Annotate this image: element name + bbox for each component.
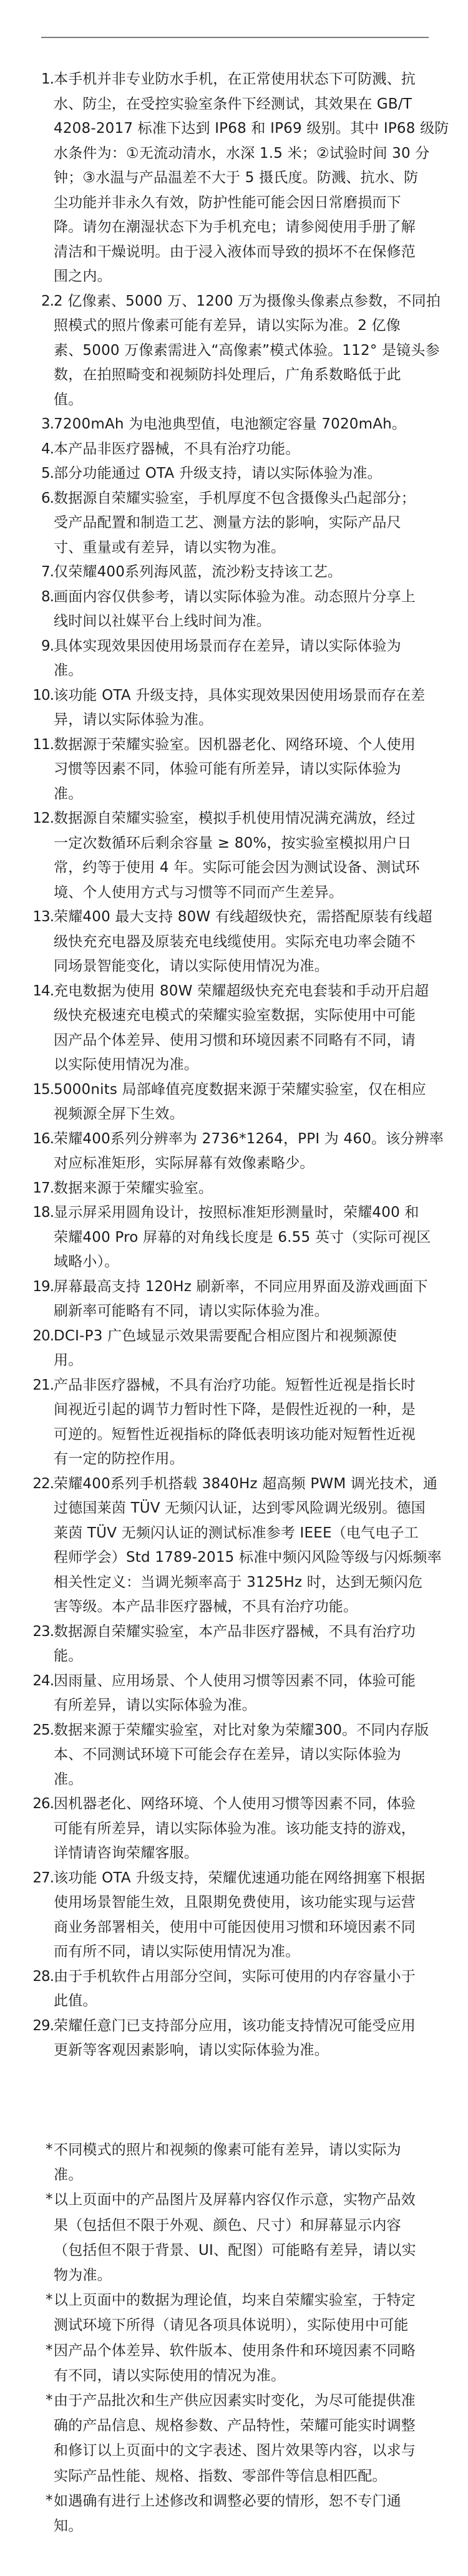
note-item: 13.荣耀400 最大支持 80W 有线超级快充，需搭配原装有线超级快充充电器及… xyxy=(0,905,468,979)
note-text-line: 受产品配置和制造工艺、测量方法的影响，实际产品尺 xyxy=(54,511,441,536)
note-text-line: 屏幕最高支持 120Hz 刷新率，不同应用界面及游戏画面下 xyxy=(54,1275,441,1300)
note-number: 4. xyxy=(41,437,54,462)
note-number: 13. xyxy=(32,905,54,930)
footnote-item: *由于产品批次和生产供应因素实时变化，为尽可能提供准确的产品信息、规格参数、产品… xyxy=(0,2388,468,2489)
note-number: 5. xyxy=(41,462,54,487)
footnote-text-line: 实际产品性能、规格、指数、零部件等信息相匹配。 xyxy=(54,2464,441,2489)
note-item: 24.因雨量、应用场景、个人使用习惯等因素不同，体验可能有所差异，请以实际体验为… xyxy=(0,1669,468,1718)
note-text-line: 更新等客观因素影响，请以实际体验为准。 xyxy=(54,2038,441,2063)
note-text-line: 商业务部署相关，使用中可能因使用习惯和环境因素不同 xyxy=(54,1915,441,1940)
note-number: 14. xyxy=(32,979,54,1004)
note-text-line: 2 亿像素、5000 万、1200 万为摄像头像素点参数，不同拍 xyxy=(54,289,441,314)
note-number: 28. xyxy=(32,1965,54,1990)
note-text-line: 5000nits 局部峰值亮度数据来源于荣耀实验室，仅在相应 xyxy=(54,1078,441,1103)
note-item: 26.因机器老化、网络环境、个人使用习惯等因素不同，体验可能有所差异，请以实际体… xyxy=(0,1792,468,1866)
note-item: 8.画面内容仅供参考，请以实际体验为准。动态照片分享上线时间以社媒平台上线时间为… xyxy=(0,585,468,634)
note-text-line: 荣耀400 Pro 屏幕的对角线长度是 6.55 英寸（实际可视区 xyxy=(54,1226,441,1251)
note-text-line: 程师学会）Std 1789-2015 标准中频闪风险等级与闪烁频率 xyxy=(54,1546,441,1571)
note-item: 19.屏幕最高支持 120Hz 刷新率，不同应用界面及游戏画面下刷新率可能略有不… xyxy=(0,1275,468,1324)
note-text-line: 该功能 OTA 升级支持，荣耀优速通功能在网络拥塞下根据 xyxy=(54,1866,441,1891)
note-text-line: 荣耀400 最大支持 80W 有线超级快充，需搭配原装有线超 xyxy=(54,905,441,930)
note-number: 12. xyxy=(32,806,54,831)
asterisk-icon: * xyxy=(46,2388,53,2413)
top-divider xyxy=(41,37,429,38)
note-text-line: 钟；③水温与产品温差不大于 5 摄氏度。防溅、抗水、防 xyxy=(54,166,441,191)
disclaimer-notes-list: 1.本手机并非专业防水手机，在正常使用状态下可防溅、抗水、防尘，在受控实验室条件… xyxy=(0,67,468,2063)
note-number: 7. xyxy=(41,560,54,585)
footnote-text-line: 如遇确有进行上述修改和调整必要的情形，恕不专门通 xyxy=(54,2489,441,2514)
note-text-line: 详情请咨询荣耀客服。 xyxy=(54,1841,441,1866)
note-number: 8. xyxy=(41,585,54,610)
note-text-line: 尘功能并非永久有效，防护性能可能会因日常磨损而下 xyxy=(54,191,441,216)
note-number: 24. xyxy=(32,1669,54,1694)
note-text-line: 数据源自荣耀实验室，模拟手机使用情况满充满放，经过 xyxy=(54,806,441,831)
footnote-text-line: 准。 xyxy=(54,2162,441,2187)
note-text-line: 显示屏采用圆角设计，按照标准矩形测量时，荣耀400 和 xyxy=(54,1201,441,1226)
note-text-line: 寸、重量或有差异，请以实物为准。 xyxy=(54,536,441,561)
note-text-line: 对应标准矩形，实际屏幕有效像素略少。 xyxy=(54,1151,441,1176)
note-text-line: 境、个人使用方式与习惯等不同而产生差异。 xyxy=(54,881,441,906)
note-number: 1. xyxy=(41,67,54,92)
note-text-line: 该功能 OTA 升级支持，具体实现效果因使用场景而存在差 xyxy=(54,684,441,709)
note-item: 3.7200mAh 为电池典型值，电池额定容量 7020mAh。 xyxy=(0,412,468,437)
note-text-line: 水、防尘，在受控实验室条件下经测试，其效果在 GB/T xyxy=(54,92,441,117)
asterisk-icon: * xyxy=(46,2138,53,2162)
note-text-line: 本产品非医疗器械，不具有治疗功能。 xyxy=(54,437,441,462)
note-number: 6. xyxy=(41,487,54,511)
note-item: 6.数据源自荣耀实验室，手机厚度不包含摄像头凸起部分；受产品配置和制造工艺、测量… xyxy=(0,487,468,561)
footnote-text-line: 和修订以上页面中的文字表述、图片效果等内容，以求与 xyxy=(54,2438,441,2463)
note-text-line: 画面内容仅供参考，请以实际体验为准。动态照片分享上 xyxy=(54,585,441,610)
note-text-line: 可能有所差异，请以实际体验为准。该功能支持的游戏， xyxy=(54,1817,441,1842)
note-text-line: 4208-2017 标准下达到 IP68 和 IP69 级别。其中 IP68 级… xyxy=(54,117,441,142)
note-text-line: 本手机并非专业防水手机，在正常使用状态下可防溅、抗 xyxy=(54,67,441,92)
footnote-item: *因产品个体差异、软件版本、使用条件和环境因素不同略有不同，请以实际使用的情况为… xyxy=(0,2338,468,2388)
footnote-text-line: 确的产品信息、规格参数、产品特性，荣耀可能实时调整 xyxy=(54,2413,441,2438)
note-text-line: 异，请以实际体验为准。 xyxy=(54,708,441,733)
note-item: 10.该功能 OTA 升级支持，具体实现效果因使用场景而存在差异，请以实际体验为… xyxy=(0,684,468,733)
note-text-line: 能。 xyxy=(54,1644,441,1669)
note-number: 9. xyxy=(41,634,54,659)
footnote-text-line: 以上页面中的数据为理论值，均来自荣耀实验室，于特定 xyxy=(54,2288,441,2313)
note-text-line: 数据来源于荣耀实验室。 xyxy=(54,1176,441,1201)
note-number: 26. xyxy=(32,1792,54,1817)
note-number: 3. xyxy=(41,412,54,437)
footnote-text-line: 因产品个体差异、软件版本、使用条件和环境因素不同略 xyxy=(54,2338,441,2363)
note-number: 29. xyxy=(32,2014,54,2039)
note-number: 10. xyxy=(32,684,54,709)
note-text-line: 数据源自荣耀实验室，手机厚度不包含摄像头凸起部分； xyxy=(54,487,441,511)
note-text-line: 本、不同测试环境下可能会存在差异，请以实际体验为 xyxy=(54,1743,441,1768)
note-number: 2. xyxy=(41,289,54,314)
footnote-item: *如遇确有进行上述修改和调整必要的情形，恕不专门通知。 xyxy=(0,2489,468,2539)
asterisk-icon: * xyxy=(46,2187,53,2212)
note-text-line: 此值。 xyxy=(54,1989,441,2014)
footnote-text-line: 测试环境下所得（请见各项具体说明），实际使用中可能 xyxy=(54,2313,441,2338)
note-item: 7.仅荣耀400系列海风蓝，流沙粉支持该工艺。 xyxy=(0,560,468,585)
note-text-line: 荣耀任意门已支持部分应用，该功能支持情况可能受应用 xyxy=(54,2014,441,2039)
note-text-line: 荣耀400系列分辨率为 2736*1264，PPI 为 460。该分辨率 xyxy=(54,1127,441,1152)
note-number: 21. xyxy=(32,1373,54,1398)
asterisk-icon: * xyxy=(46,2338,53,2363)
note-text-line: 因机器老化、网络环境、个人使用习惯等因素不同，体验 xyxy=(54,1792,441,1817)
note-text-line: 有一定的防控作用。 xyxy=(54,1447,441,1472)
note-text-line: DCI-P3 广色域显示效果需要配合相应图片和视频源使 xyxy=(54,1324,441,1349)
note-item: 28.由于手机软件占用部分空间，实际可使用的内存容量小于此值。 xyxy=(0,1965,468,2014)
note-text-line: 级快充充电器及原装充电线缆使用。实际充电功率会随不 xyxy=(54,930,441,955)
note-number: 15. xyxy=(32,1078,54,1103)
footnote-text-line: 由于产品批次和生产供应因素实时变化，为尽可能提供准 xyxy=(54,2388,441,2413)
note-text-line: 具体实现效果因使用场景而存在差异，请以实际体验为 xyxy=(54,634,441,659)
note-text-line: 围之内。 xyxy=(54,264,441,289)
note-text-line: 降。请勿在潮湿状态下为手机充电；请参阅使用手册了解 xyxy=(54,215,441,240)
note-item: 2.2 亿像素、5000 万、1200 万为摄像头像素点参数，不同拍照模式的照片… xyxy=(0,289,468,413)
note-text-line: 习惯等因素不同，体验可能有所差异，请以实际体验为 xyxy=(54,757,441,782)
note-item: 16.荣耀400系列分辨率为 2736*1264，PPI 为 460。该分辨率对… xyxy=(0,1127,468,1176)
note-item: 17.数据来源于荣耀实验室。 xyxy=(0,1176,468,1201)
note-text-line: 准。 xyxy=(54,782,441,807)
note-item: 1.本手机并非专业防水手机，在正常使用状态下可防溅、抗水、防尘，在受控实验室条件… xyxy=(0,67,468,289)
note-text-line: 用。 xyxy=(54,1349,441,1373)
note-item: 11.数据源于荣耀实验室。因机器老化、网络环境、个人使用习惯等因素不同，体验可能… xyxy=(0,733,468,807)
note-text-line: 可逆的。短暂性近视指标的降低表明该功能对短暂性近视 xyxy=(54,1423,441,1448)
note-text-line: 因雨量、应用场景、个人使用习惯等因素不同，体验可能 xyxy=(54,1669,441,1694)
note-text-line: 莱茵 TÜV 无频闪认证的测试标准参考 IEEE（电气电子工 xyxy=(54,1521,441,1546)
note-text-line: 数据源于荣耀实验室。因机器老化、网络环境、个人使用 xyxy=(54,733,441,758)
note-number: 22. xyxy=(32,1472,54,1497)
note-text-line: 部分功能通过 OTA 升级支持，请以实际体验为准。 xyxy=(54,462,441,487)
asterisk-icon: * xyxy=(46,2489,53,2514)
footnote-text-line: （包括但不限于背景、UI、配图）可能略有差异，请以实 xyxy=(54,2238,441,2263)
note-number: 25. xyxy=(32,1718,54,1743)
asterisk-icon: * xyxy=(46,2288,53,2313)
note-item: 4.本产品非医疗器械，不具有治疗功能。 xyxy=(0,437,468,462)
note-number: 23. xyxy=(32,1620,54,1645)
note-text-line: 由于手机软件占用部分空间，实际可使用的内存容量小于 xyxy=(54,1965,441,1990)
footnote-item: *以上页面中的数据为理论值，均来自荣耀实验室，于特定测试环境下所得（请见各项具体… xyxy=(0,2288,468,2338)
note-text-line: 级快充极速充电模式的荣耀实验室数据，实际使用中可能 xyxy=(54,1004,441,1029)
note-text-line: 充电数据为使用 80W 荣耀超级快充充电套装和手动开启超 xyxy=(54,979,441,1004)
note-text-line: 同场景智能变化，请以实际使用情况为准。 xyxy=(54,954,441,979)
note-text-line: 仅荣耀400系列海风蓝，流沙粉支持该工艺。 xyxy=(54,560,441,585)
note-text-line: 产品非医疗器械，不具有治疗功能。短暂性近视是指长时 xyxy=(54,1373,441,1398)
note-text-line: 线时间以社媒平台上线时间为准。 xyxy=(54,609,441,634)
note-text-line: 照模式的照片像素可能有差异，请以实际为准。2 亿像 xyxy=(54,314,441,339)
footnote-text-line: 以上页面中的产品图片及屏幕内容仅作示意，实物产品效 xyxy=(54,2187,441,2212)
note-item: 29.荣耀任意门已支持部分应用，该功能支持情况可能受应用更新等客观因素影响，请以… xyxy=(0,2014,468,2063)
note-item: 27.该功能 OTA 升级支持，荣耀优速通功能在网络拥塞下根据使用场景智能生效，… xyxy=(0,1866,468,1965)
note-text-line: 值。 xyxy=(54,388,441,413)
note-text-line: 准。 xyxy=(54,1768,441,1793)
note-text-line: 因产品个体差异、使用习惯和环境因素不同略有不同，请 xyxy=(54,1029,441,1053)
note-text-line: 相关性定义：当调光频率高于 3125Hz 时，达到无频闪危 xyxy=(54,1571,441,1595)
note-text-line: 使用场景智能生效，且限期免费使用，该功能实现与运营 xyxy=(54,1891,441,1915)
note-text-line: 刷新率可能略有不同，请以实际体验为准。 xyxy=(54,1299,441,1324)
footnote-text-line: 物为准。 xyxy=(54,2263,441,2288)
note-item: 22.荣耀400系列手机搭载 3840Hz 超高频 PWM 调光技术，通过德国莱… xyxy=(0,1472,468,1620)
footnote-text-line: 有不同，请以实际使用的情况为准。 xyxy=(54,2363,441,2388)
note-number: 27. xyxy=(32,1866,54,1891)
footnote-text-line: 不同模式的照片和视频的像素可能有差异，请以实际为 xyxy=(54,2138,441,2162)
note-item: 23.数据源自荣耀实验室，本产品非医疗器械，不具有治疗功能。 xyxy=(0,1620,468,1669)
note-text-line: 准。 xyxy=(54,659,441,684)
note-text-line: 害等级。本产品非医疗器械，不具有治疗功能。 xyxy=(54,1595,441,1620)
footnote-text-line: 知。 xyxy=(54,2514,441,2539)
note-item: 9.具体实现效果因使用场景而存在差异，请以实际体验为准。 xyxy=(0,634,468,684)
footnote-text-line: 果（包括但不限于外观、颜色、尺寸）和屏幕显示内容 xyxy=(54,2213,441,2238)
note-item: 21.产品非医疗器械，不具有治疗功能。短暂性近视是指长时间视近引起的调节力暂时性… xyxy=(0,1373,468,1472)
note-number: 18. xyxy=(32,1201,54,1226)
note-item: 12.数据源自荣耀实验室，模拟手机使用情况满充满放，经过一定次数循环后剩余容量 … xyxy=(0,806,468,905)
footnotes-list: *不同模式的照片和视频的像素可能有差异，请以实际为准。*以上页面中的产品图片及屏… xyxy=(0,2138,468,2539)
note-text-line: 水条件为：①无流动清水，水深 1.5 米；②试验时间 30 分 xyxy=(54,142,441,167)
note-text-line: 过德国莱茵 TÜV 无频闪认证，达到零风险调光级别。德国 xyxy=(54,1496,441,1521)
note-text-line: 一定次数循环后剩余容量 ≥ 80%，按实验室模拟用户日 xyxy=(54,831,441,856)
note-text-line: 荣耀400系列手机搭载 3840Hz 超高频 PWM 调光技术，通 xyxy=(54,1472,441,1497)
note-item: 20.DCI-P3 广色域显示效果需要配合相应图片和视频源使用。 xyxy=(0,1324,468,1373)
note-text-line: 以实际使用情况为准。 xyxy=(54,1053,441,1078)
note-text-line: 数据源自荣耀实验室，本产品非医疗器械，不具有治疗功 xyxy=(54,1620,441,1645)
note-number: 19. xyxy=(32,1275,54,1300)
note-text-line: 视频源全屏下生效。 xyxy=(54,1102,441,1127)
note-item: 25.数据来源于荣耀实验室，对比对象为荣耀300。不同内存版本、不同测试环境下可… xyxy=(0,1718,468,1793)
note-number: 16. xyxy=(32,1127,54,1152)
note-text-line: 数据来源于荣耀实验室，对比对象为荣耀300。不同内存版 xyxy=(54,1718,441,1743)
footnote-item: *以上页面中的产品图片及屏幕内容仅作示意，实物产品效果（包括但不限于外观、颜色、… xyxy=(0,2187,468,2288)
note-text-line: 而有所不同，请以实际使用情况为准。 xyxy=(54,1940,441,1965)
note-text-line: 清洁和干燥说明。由于浸入液体而导致的损坏不在保修范 xyxy=(54,240,441,265)
note-text-line: 有所差异，请以实际体验为准。 xyxy=(54,1693,441,1718)
note-item: 15.5000nits 局部峰值亮度数据来源于荣耀实验室，仅在相应视频源全屏下生… xyxy=(0,1078,468,1127)
note-item: 14.充电数据为使用 80W 荣耀超级快充充电套装和手动开启超级快充极速充电模式… xyxy=(0,979,468,1078)
note-number: 17. xyxy=(32,1176,54,1201)
note-item: 5.部分功能通过 OTA 升级支持，请以实际体验为准。 xyxy=(0,462,468,487)
note-item: 18.显示屏采用圆角设计，按照标准矩形测量时，荣耀400 和荣耀400 Pro … xyxy=(0,1201,468,1275)
note-text-line: 7200mAh 为电池典型值，电池额定容量 7020mAh。 xyxy=(54,412,441,437)
note-text-line: 间视近引起的调节力暂时性下降，是假性近视的一种，是 xyxy=(54,1398,441,1423)
note-text-line: 素、5000 万像素需进入“高像素”模式体验。112° 是镜头参 xyxy=(54,339,441,364)
note-text-line: 常，约等于使用 4 年。实际可能会因为测试设备、测试环 xyxy=(54,856,441,881)
note-number: 11. xyxy=(32,733,54,758)
note-text-line: 数，在拍照畸变和视频防抖处理后，广角系数略低于此 xyxy=(54,363,441,388)
note-text-line: 域略小）。 xyxy=(54,1250,441,1275)
footnote-item: *不同模式的照片和视频的像素可能有差异，请以实际为准。 xyxy=(0,2138,468,2187)
note-number: 20. xyxy=(32,1324,54,1349)
